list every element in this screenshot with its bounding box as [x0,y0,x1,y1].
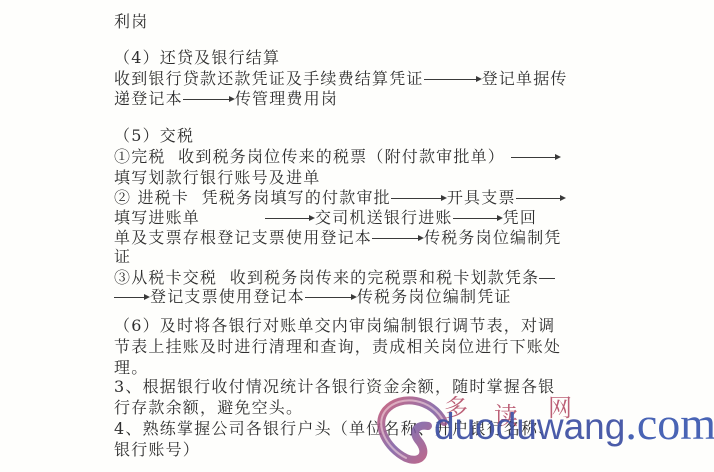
arrow-right-icon [391,188,447,208]
text-fragment: ③从税卡交税 收到税务岗传来的完税票和税卡划款凭条 [114,268,539,287]
section-heading-6: （6）及时将各银行对账单交内审岗编制银行调节表，对调 [114,316,555,336]
arrow-right-icon [453,208,503,228]
text-fragment: ①完税 收到税务岗位传来的税票（附付款审批单） [114,147,505,166]
text-line: 单及支票存根登记支票使用登记本传税务岗位编制凭 [114,228,562,248]
text-line: 节表上挂账及时进行清理和查询，责成相关岗位进行下账处 [114,337,561,357]
text-fragment: （4）还贷及银行结算 [114,48,280,67]
text-fragment: 3、根据银行收付情况统计各银行资金余额，随时掌握各银 [114,377,555,396]
text-line: ③从税卡交税 收到税务岗传来的完税票和税卡划款凭条 [114,268,555,288]
item-3: 3、根据银行收付情况统计各银行资金余额，随时掌握各银 [114,377,555,397]
text-fragment: 行存款余额，避免空头。 [114,398,303,417]
text-fragment: 登记支票使用登记本 [150,287,305,306]
text-line: 递登记本传管理费用岗 [114,89,338,109]
section-heading-5: （5）交税 [114,126,194,146]
text-fragment: 单及支票存根登记支票使用登记本 [114,228,372,247]
text-line: 登记支票使用登记本传税务岗位编制凭证 [114,287,512,307]
text-fragment: 证 [114,247,131,266]
item-4: 4、熟练掌握公司各银行户头（单位名称、开户银行名称、 [114,419,555,439]
text-fragment: 凭回 [503,208,537,227]
text-line: 理。 [114,358,148,378]
arrow-right-icon [424,69,482,89]
arrow-right-icon [372,228,424,248]
text-line: ①完税 收到税务岗位传来的税票（附付款审批单） [114,147,561,167]
text-fragment: 填写划款行银行账号及进单 [114,168,320,187]
text-line: 填写划款行银行账号及进单 [114,168,320,188]
text-fragment: 填写进账单 [114,208,200,227]
section-heading-4: （4）还贷及银行结算 [114,48,280,68]
text-fragment: ② 进税卡 凭税务岗填写的付款审批 [114,188,391,207]
text-fragment: 登记单据传 [482,69,568,88]
text-line: 收到银行贷款还款凭证及手续费结算凭证登记单据传 [114,69,568,89]
text-line: 利岗 [114,12,148,32]
arrow-right-icon [516,188,566,208]
text-line: ② 进税卡 凭税务岗填写的付款审批开具支票 [114,188,566,208]
text-fragment: 理。 [114,358,148,377]
text-line: 证 [114,247,131,267]
text-fragment: 收到银行贷款还款凭证及手续费结算凭证 [114,69,424,88]
text-line: 填写进账单交司机送银行进账凭回 [114,208,537,228]
arrow-right-icon [183,89,235,109]
text-fragment: 节表上挂账及时进行清理和查询，责成相关岗位进行下账处 [114,337,561,356]
text-line: 行存款余额，避免空头。 [114,398,303,418]
text-fragment: （6）及时将各银行对账单交内审岗编制银行调节表，对调 [114,316,555,335]
text-fragment: 传税务岗位编制凭证 [357,287,512,306]
text-line: 银行账号） [114,440,200,460]
text-fragment: 4、熟练掌握公司各银行户头（单位名称、开户银行名称、 [114,419,555,438]
text-fragment: 开具支票 [447,188,516,207]
arrow-right-icon [305,287,357,307]
text-fragment: 银行账号） [114,440,200,459]
text-fragment: 交司机送银行进账 [315,208,453,227]
text-fragment: 递登记本 [114,89,183,108]
text-fragment: 传税务岗位编制凭 [424,228,562,247]
document-page: 利岗 （4）还贷及银行结算 收到银行贷款还款凭证及手续费结算凭证登记单据传 递登… [0,0,714,472]
text-fragment: 传管理费用岗 [235,89,338,108]
arrow-right-icon [511,147,561,167]
arrow-right-icon [265,208,315,228]
arrow-right-icon [114,287,150,307]
text-fragment: （5）交税 [114,126,194,145]
dash-line [539,268,555,288]
text-fragment: 利岗 [114,12,148,31]
